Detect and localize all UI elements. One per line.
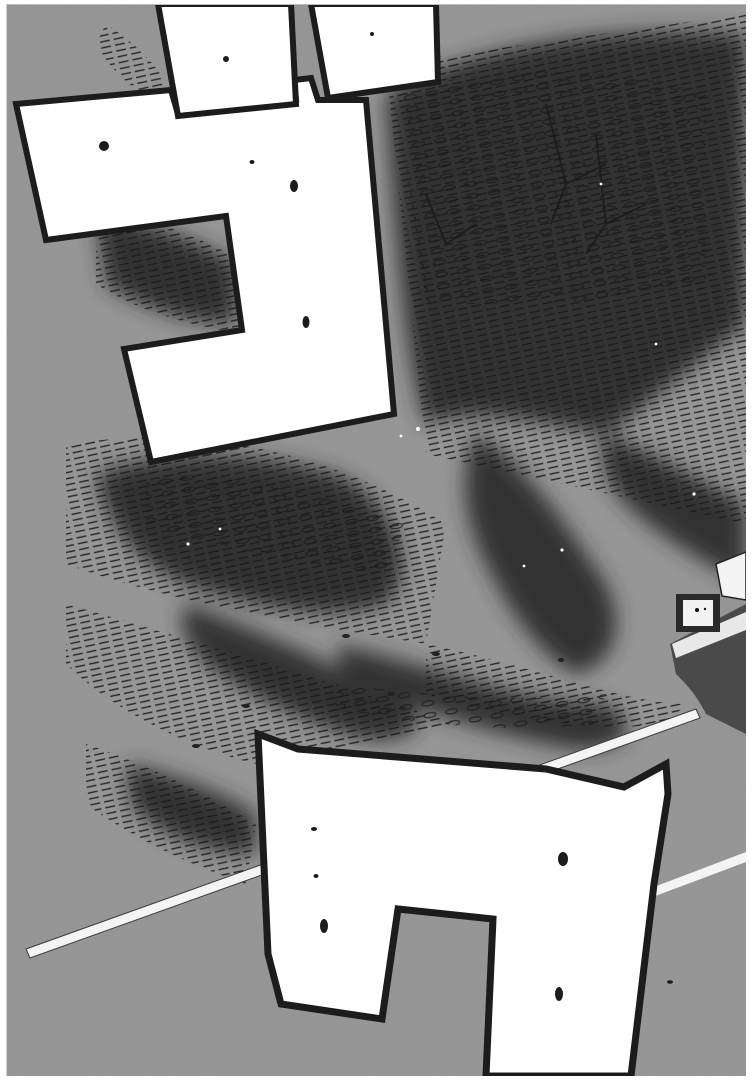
panel: [6, 4, 746, 1076]
scene-illustration: [6, 4, 746, 1076]
manga-page: [0, 0, 753, 1081]
